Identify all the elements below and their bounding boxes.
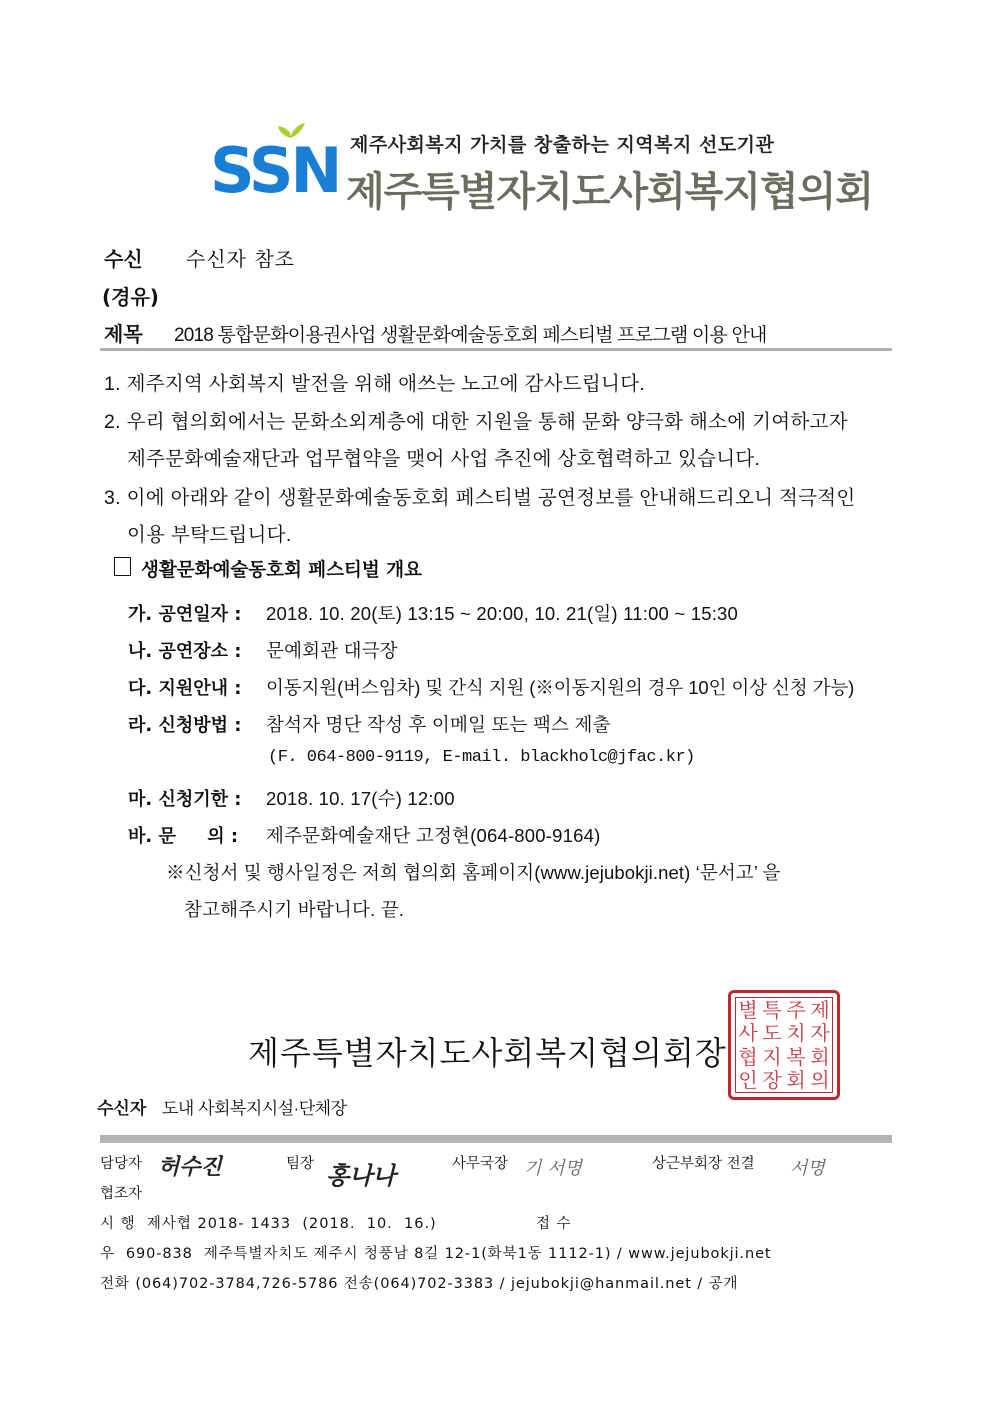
seal-char: 특: [760, 998, 784, 1022]
seal-char: 사: [736, 1022, 760, 1046]
enforcement-info: 시 행 제사협 2018- 1433 (2018. 10. 16.): [100, 1212, 437, 1233]
item-value-inquiry: 제주문화예술재단 고정현(064-800-9164): [266, 822, 600, 848]
paragraph-2-cont: 제주문화예술재단과 업무협약을 맺어 사업 추진에 상호협력하고 있습니다.: [127, 443, 760, 471]
item-label-date: 가. 공연일자 :: [128, 600, 242, 626]
footer-divider: [100, 1135, 892, 1143]
approval-role-staff: 담당자: [100, 1152, 142, 1173]
recipients-value: 도내 사회복지시설·단체장: [162, 1094, 347, 1119]
seal-char: 인: [736, 1069, 760, 1093]
recipients-label: 수신자: [97, 1094, 146, 1119]
item-value-venue: 문예회관 대극장: [266, 637, 398, 663]
via-label: (경유): [102, 281, 159, 310]
paragraph-number: 3.: [104, 487, 121, 509]
item-label-inquiry: 바. 문 의 :: [128, 822, 238, 848]
approval-role-vice-president: 상근부회장 전결: [652, 1152, 755, 1173]
paragraph-2: 2. 우리 협의회에서는 문화소외계층에 대한 지원을 통해 문화 양극화 해소…: [104, 406, 848, 434]
official-seal-icon: 별 특 주 제 사 도 치 자 협 지 복 회 인 장 회 의: [728, 990, 840, 1100]
approval-role-secretary: 사무국장: [452, 1152, 508, 1173]
seal-char: 지: [760, 1045, 784, 1069]
seal-char: 별: [736, 998, 760, 1022]
approval-role-team-lead: 팀장: [286, 1152, 314, 1173]
subject-value: 2018 통합문화이용권사업 생활문화예술동호회 페스티벌 프로그램 이용 안내: [174, 320, 767, 347]
signature-vice-president: 서명: [790, 1154, 825, 1180]
seal-char: 회: [808, 1045, 832, 1069]
note-line-1: ※신청서 및 행사일정은 저희 협의회 홈페이지(www.jejubokji.n…: [166, 859, 781, 885]
paragraph-text: 이에 아래와 같이 생활문화예술동호회 페스티벌 공연정보를 안내해드리오니 적…: [127, 487, 856, 509]
seal-grid: 별 특 주 제 사 도 치 자 협 지 복 회 인 장 회 의: [735, 997, 833, 1093]
item-value-deadline: 2018. 10. 17(수) 12:00: [266, 785, 455, 811]
item-label-method: 라. 신청방법 :: [128, 711, 242, 737]
divider: [100, 348, 892, 351]
receipt-label: 접 수: [536, 1212, 572, 1233]
seal-char: 치: [784, 1022, 808, 1046]
signature-staff: 허수진: [158, 1150, 222, 1181]
logo-text: SSN: [210, 140, 339, 202]
org-name: 제주특별자치도사회복지협의회: [346, 160, 873, 217]
signature-title: 제주특별자치도사회복지협의회장: [248, 1028, 727, 1074]
seal-char: 장: [760, 1069, 784, 1093]
section-title: 생활문화예술동호회 페스티벌 개요: [141, 556, 422, 582]
item-label-deadline: 마. 신청기한 :: [128, 785, 242, 811]
paragraph-3-cont: 이용 부탁드립니다.: [127, 519, 292, 547]
item-value-method: 참석자 명단 작성 후 이메일 또는 팩스 제출: [266, 711, 611, 737]
item-value-support: 이동지원(버스임차) 및 간식 지원 (※이동지원의 경우 10인 이상 신청 …: [266, 674, 854, 700]
paragraph-1: 1. 제주지역 사회복지 발전을 위해 애쓰는 노고에 감사드립니다.: [104, 368, 645, 396]
item-label-venue: 나. 공연장소 :: [128, 637, 242, 663]
slogan: 제주사회복지 가치를 창출하는 지역복지 선도기관: [350, 130, 774, 157]
signature-team-lead: 홍나나: [326, 1156, 396, 1191]
paragraph-text: 우리 협의회에서는 문화소외계층에 대한 지원을 통해 문화 양극화 해소에 기…: [127, 411, 848, 433]
note-line-2: 참고해주시기 바랍니다. 끝.: [184, 896, 404, 922]
item-value-date: 2018. 10. 20(토) 13:15 ~ 20:00, 10. 21(일)…: [266, 600, 738, 626]
seal-char: 도: [760, 1022, 784, 1046]
paragraph-number: 1.: [104, 373, 121, 395]
item-label-support: 다. 지원안내 :: [128, 674, 242, 700]
seal-char: 제: [808, 998, 832, 1022]
signature-secretary: 기 서명: [524, 1154, 582, 1180]
seal-char: 회: [784, 1069, 808, 1093]
recipient-value: 수신자 참조: [186, 243, 295, 272]
item-value-method-contact: (F. 064-800-9119, E-mail. blackholc@jfac…: [268, 748, 695, 767]
recipient-label: 수신: [104, 243, 143, 272]
cooperator-label: 협조자: [100, 1182, 142, 1203]
contact-line: 전화 (064)702-3784,726-5786 전송(064)702-338…: [100, 1272, 738, 1293]
seal-char: 의: [808, 1069, 832, 1093]
seal-char: 자: [808, 1022, 832, 1046]
paragraph-text: 제주지역 사회복지 발전을 위해 애쓰는 노고에 감사드립니다.: [127, 373, 645, 395]
seal-char: 주: [784, 998, 808, 1022]
seal-char: 협: [736, 1045, 760, 1069]
paragraph-number: 2.: [104, 411, 121, 433]
subject-label: 제목: [104, 318, 143, 347]
seal-char: 복: [784, 1045, 808, 1069]
checkbox-icon: [114, 557, 131, 576]
paragraph-3: 3. 이에 아래와 같이 생활문화예술동호회 페스티벌 공연정보를 안내해드리오…: [104, 482, 856, 510]
address-line: 우 690-838 제주특별자치도 제주시 청풍남 8길 12-1(화북1동 1…: [100, 1242, 771, 1263]
